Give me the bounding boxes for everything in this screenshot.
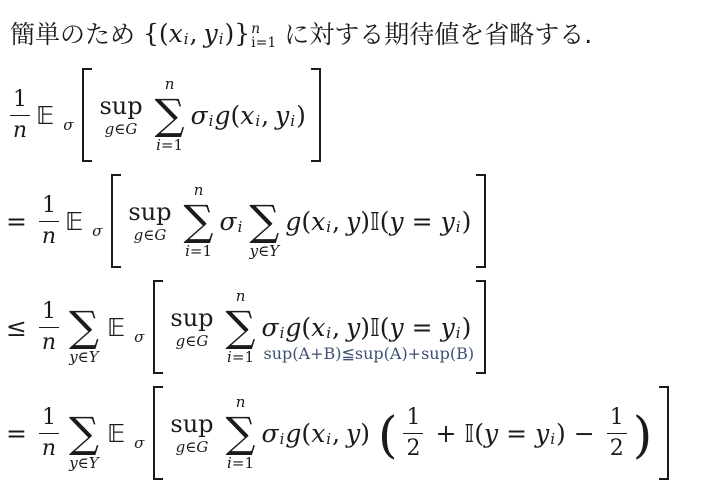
summand-expression: g(xi,y)𝕀(y=yi) — [285, 207, 471, 236]
left-bracket — [82, 68, 92, 162]
equals-sign: = — [190, 244, 203, 259]
sup-constraint: g∈G — [176, 440, 209, 455]
fraction-numerator: 1 — [607, 407, 627, 434]
var-x: x — [169, 19, 183, 48]
equals-sign: = — [506, 419, 527, 448]
var-y: y — [250, 244, 258, 259]
indicator-expression: 𝕀(y=yi) — [464, 419, 565, 448]
set-limits-stack: n i=1 — [251, 22, 276, 50]
var-g: g — [285, 419, 301, 448]
subscript-i: i — [456, 218, 461, 236]
var-g: g — [214, 101, 230, 130]
close-paren: ) — [360, 419, 370, 448]
close-paren: ) — [296, 101, 306, 130]
class-G: G — [125, 120, 137, 138]
class-G: G — [196, 438, 208, 456]
blackboard-E-symbol: 𝔼 — [36, 101, 54, 130]
var-y: y — [441, 313, 455, 342]
var-sigma: σ — [262, 313, 279, 342]
blackboard-E-symbol: 𝔼 — [65, 207, 83, 236]
close-paren-brace: )} — [225, 19, 251, 48]
equals-relation: = — [6, 207, 27, 236]
number-one: 1 — [244, 350, 254, 365]
subscript-i: i — [280, 430, 285, 448]
var-g: g — [105, 120, 115, 138]
sup-label: sup — [99, 94, 142, 118]
var-x: x — [240, 101, 254, 130]
right-bracket — [476, 280, 486, 374]
sup-label: sup — [170, 306, 213, 330]
sum-operator-i: n ∑ i=1 — [226, 287, 256, 367]
summand-expression: σig(xi,y)𝕀(y=yi) — [262, 313, 472, 342]
right-bracket — [476, 174, 486, 268]
fraction-numerator: 1 — [10, 89, 30, 116]
left-bracket — [153, 280, 163, 374]
fraction-denominator: n — [42, 222, 56, 248]
open-paren: ( — [230, 101, 240, 130]
var-sigma: σ — [191, 101, 208, 130]
expectation-subscript-sigma: σ — [134, 434, 144, 452]
sum-symbol: ∑ — [69, 412, 99, 454]
var-x: x — [311, 207, 325, 236]
var-sigma: σ — [262, 419, 279, 448]
var-y: y — [346, 313, 360, 342]
equation-line-4: = 1 n ∑ y∈Y 𝔼 σ sup g∈G n ∑ i=1 σig(xi,y… — [6, 380, 727, 486]
var-y: y — [69, 456, 77, 471]
class-G: G — [154, 226, 166, 244]
var-sigma: σ — [220, 207, 237, 236]
equals-sign: = — [161, 138, 174, 153]
open-paren: ( — [380, 207, 390, 236]
superscript-n: n — [251, 22, 260, 36]
element-of-symbol: ∈ — [78, 456, 89, 471]
var-y: y — [69, 350, 77, 365]
fraction-denominator: 2 — [406, 434, 420, 460]
class-G: G — [196, 332, 208, 350]
indicator-symbol: 𝕀 — [370, 207, 380, 236]
subscript-i: i — [280, 324, 285, 342]
blackboard-E-symbol: 𝔼 — [107, 419, 125, 448]
comma: , — [332, 207, 340, 236]
sup-operator: sup g∈G — [170, 412, 213, 455]
open-paren: ( — [301, 313, 311, 342]
sup-operator: sup g∈G — [170, 306, 213, 349]
fraction-1-over-n: 1 n — [39, 195, 59, 248]
fraction-denominator: n — [13, 116, 27, 142]
open-paren: ( — [301, 207, 311, 236]
sum-operator-y: ∑ y∈Y — [249, 181, 279, 261]
comma: , — [332, 313, 340, 342]
var-y: y — [390, 207, 404, 236]
close-paren: ) — [462, 313, 472, 342]
element-of-symbol: ∈ — [114, 120, 125, 138]
var-g: g — [285, 207, 301, 236]
sup-operator: sup g∈G — [128, 200, 171, 243]
fraction-numerator: 1 — [39, 301, 59, 328]
equals-relation: = — [6, 419, 27, 448]
sum-symbol: ∑ — [184, 200, 214, 242]
element-of-symbol: ∈ — [258, 244, 269, 259]
fraction-1-over-2: 1 2 — [607, 407, 627, 460]
subscript-i: i — [219, 30, 224, 48]
var-x: x — [311, 313, 325, 342]
sum-operator-i: n ∑ i=1 — [155, 75, 185, 155]
sum-symbol: ∑ — [226, 412, 256, 454]
subscript-limit: i=1 — [251, 36, 276, 50]
sum-symbol: ∑ — [69, 306, 99, 348]
sup-label: sup — [170, 412, 213, 436]
subscript-i: i — [209, 112, 214, 130]
expectation-subscript-sigma: σ — [63, 116, 73, 134]
subscript-i: i — [238, 218, 243, 236]
var-g: g — [176, 332, 186, 350]
element-of-symbol: ∈ — [185, 332, 196, 350]
var-y: y — [484, 419, 498, 448]
expectation-subscript-sigma: σ — [92, 222, 102, 240]
fraction-denominator: n — [42, 328, 56, 354]
sum-symbol: ∑ — [226, 306, 256, 348]
close-paren: ) — [556, 419, 566, 448]
document-page: 簡単のため {( x i , y i )} n i=1 に対する期待値を省略する… — [0, 0, 727, 486]
sum-operator-y: ∑ y∈Y — [69, 393, 99, 473]
comma: , — [332, 419, 340, 448]
fraction-1-over-2: 1 2 — [403, 407, 423, 460]
number-one: 1 — [174, 138, 184, 153]
var-x: x — [311, 419, 325, 448]
subscript-i: i — [326, 430, 331, 448]
close-paren: ) — [360, 207, 370, 236]
equation-line-2: = 1 n 𝔼 σ sup g∈G n ∑ i=1 σi ∑ y∈Y g(xi,… — [6, 168, 727, 274]
sup-constraint: g∈G — [105, 122, 138, 137]
subscript-i: i — [184, 30, 189, 48]
var-y: y — [204, 19, 218, 48]
summand-expression: σig(xi,yi) — [191, 101, 306, 130]
var-y: y — [535, 419, 549, 448]
equals-sign: = — [412, 313, 433, 342]
var-y: y — [390, 313, 404, 342]
var-y: y — [275, 101, 289, 130]
blackboard-E-symbol: 𝔼 — [107, 313, 125, 342]
sum-lower-limit: y∈Y — [69, 454, 99, 473]
subscript-i: i — [456, 324, 461, 342]
sum-symbol: ∑ — [155, 94, 185, 136]
expectation-operator: 𝔼 σ — [36, 101, 74, 130]
sum-lower-limit: i=1 — [156, 136, 183, 155]
equation-line-1: 1 n 𝔼 σ sup g∈G n ∑ i=1 σig(xi,yi) — [6, 62, 727, 168]
expectation-subscript-sigma: σ — [134, 328, 144, 346]
sigma-i-term: σi — [220, 207, 244, 236]
sum-lower-limit: y∈Y — [69, 348, 99, 367]
equals-sign: = — [232, 350, 245, 365]
minus-sign: − — [574, 419, 595, 448]
var-y: y — [346, 419, 360, 448]
equation-line-3: ≤ 1 n ∑ y∈Y 𝔼 σ sup g∈G n ∑ i=1 σig(xi,y… — [6, 274, 727, 380]
subscript-i: i — [290, 112, 295, 130]
sum-lower-limit: i=1 — [227, 348, 254, 367]
sup-constraint: g∈G — [176, 334, 209, 349]
close-paren: ) — [360, 313, 370, 342]
close-paren: ) — [462, 207, 472, 236]
summand-expression: σig(xi,y) — [262, 419, 370, 448]
sum-symbol: ∑ — [249, 200, 279, 242]
sup-constraint: g∈G — [134, 228, 167, 243]
class-Y: Y — [89, 456, 99, 471]
number-one: 1 — [244, 456, 254, 471]
equals-sign: = — [232, 456, 245, 471]
header-sentence: 簡単のため {( x i , y i )} n i=1 に対する期待値を省略する… — [10, 12, 727, 54]
annotation-sup-inequality: sup(A+B)≦sup(A)+sup(B) — [264, 344, 475, 363]
subscript-i: i — [326, 324, 331, 342]
open-paren: ( — [474, 419, 484, 448]
right-bracket — [311, 68, 321, 162]
fraction-1-over-n: 1 n — [39, 407, 59, 460]
open-brace-paren: {( — [143, 19, 169, 48]
fraction-numerator: 1 — [403, 407, 423, 434]
element-of-symbol: ∈ — [185, 438, 196, 456]
equals-sign: = — [412, 207, 433, 236]
number-one: 1 — [202, 244, 212, 259]
plus-sign: + — [435, 419, 456, 448]
fraction-1-over-n: 1 n — [39, 301, 59, 354]
var-y: y — [441, 207, 455, 236]
class-Y: Y — [269, 244, 279, 259]
fraction-denominator: 2 — [610, 434, 624, 460]
left-bracket — [153, 386, 163, 480]
sample-set-expression: {( x i , y i )} n i=1 — [143, 19, 276, 48]
sum-operator-i: n ∑ i=1 — [184, 181, 214, 261]
fraction-numerator: 1 — [39, 407, 59, 434]
open-paren: ( — [301, 419, 311, 448]
subscript-i: i — [326, 218, 331, 236]
left-bracket — [111, 174, 121, 268]
comma: , — [190, 19, 198, 48]
comma: , — [261, 101, 269, 130]
subscript-i: i — [550, 430, 555, 448]
expectation-operator: 𝔼 σ — [107, 419, 145, 448]
sup-operator: sup g∈G — [99, 94, 142, 137]
indicator-symbol: 𝕀 — [464, 419, 474, 448]
sum-operator-y: ∑ y∈Y — [69, 287, 99, 367]
open-paren: ( — [380, 313, 390, 342]
indicator-symbol: 𝕀 — [370, 313, 380, 342]
sum-lower-limit: i=1 — [185, 242, 212, 261]
fraction-denominator: n — [42, 434, 56, 460]
expectation-operator: 𝔼 σ — [65, 207, 103, 236]
less-equal-relation: ≤ — [6, 313, 27, 342]
japanese-text-suffix: に対する期待値を省略する. — [284, 15, 592, 51]
sup-label: sup — [128, 200, 171, 224]
right-bracket — [659, 386, 669, 480]
sum-lower-limit: i=1 — [227, 454, 254, 473]
fraction-1-over-n: 1 n — [10, 89, 30, 142]
expectation-operator: 𝔼 σ — [107, 313, 145, 342]
var-g: g — [285, 313, 301, 342]
fraction-numerator: 1 — [39, 195, 59, 222]
sum-lower-limit: y∈Y — [250, 242, 280, 261]
japanese-text-prefix: 簡単のため — [10, 15, 135, 51]
class-Y: Y — [89, 350, 99, 365]
sum-operator-i: n ∑ i=1 — [226, 393, 256, 473]
subscript-i: i — [255, 112, 260, 130]
var-y: y — [346, 207, 360, 236]
element-of-symbol: ∈ — [78, 350, 89, 365]
var-g: g — [176, 438, 186, 456]
element-of-symbol: ∈ — [143, 226, 154, 244]
summand-with-annotation: σig(xi,y)𝕀(y=yi) sup(A+B)≦sup(A)+sup(B) — [262, 313, 472, 342]
var-g: g — [134, 226, 144, 244]
